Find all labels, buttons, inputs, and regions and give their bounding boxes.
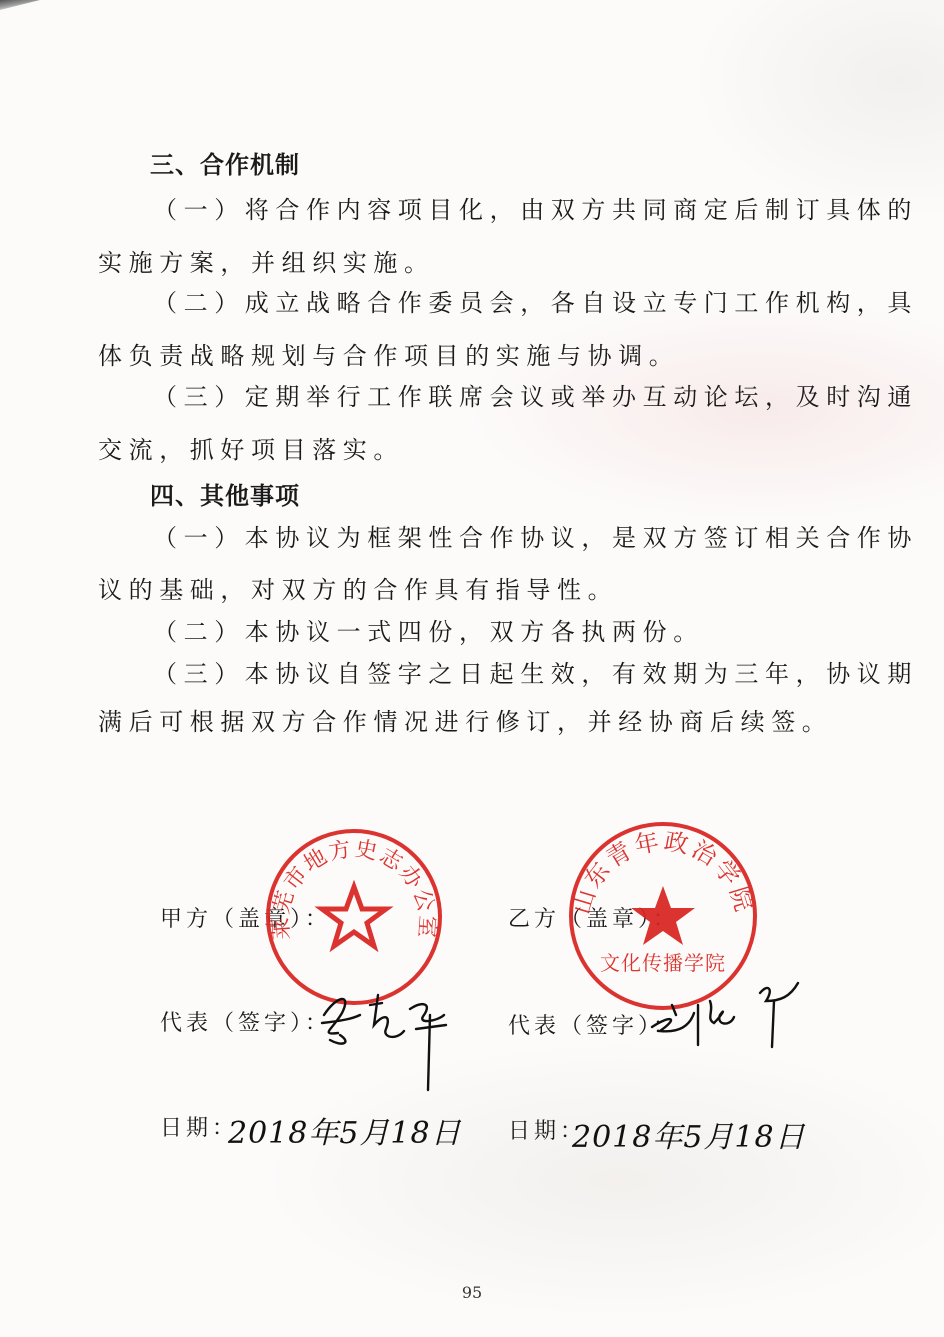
section-heading-other-matters: 四、其他事项	[150, 481, 300, 511]
section-heading-cooperation-mechanism: 三、合作机制	[150, 150, 300, 180]
scan-corner-shadow	[0, 0, 40, 10]
party-a-representative-label: 代表（签字）：	[160, 1010, 331, 1038]
party-b-seal-inner-text: 文化传播学院	[600, 951, 726, 975]
paragraph-line: 体负责战略规划与合作项目的实施与协调。	[98, 341, 679, 371]
party-a-official-seal: 莱芜市地方史志办公室	[262, 825, 446, 1009]
paragraph-line: （二）成立战略合作委员会，各自设立专门工作机构，具	[153, 288, 918, 318]
paragraph-line: （三）本协议自签字之日起生效，有效期为三年，协议期	[153, 659, 918, 689]
paragraph-line: （一）本协议为框架性合作协议，是双方签订相关合作协	[153, 523, 918, 553]
paragraph-line: 议的基础，对双方的合作具有指导性。	[98, 575, 618, 605]
paragraph-line: 交流，抓好项目落实。	[98, 435, 404, 465]
paragraph-line: 满后可根据双方合作情况进行修订，并经协商后续签。	[98, 707, 832, 737]
paragraph-line: （二）本协议一式四份，双方各执两份。	[153, 617, 704, 647]
party-b-handwritten-signature	[650, 975, 810, 1075]
star-icon	[631, 886, 695, 945]
paragraph-line: 实施方案，并组织实施。	[98, 248, 435, 278]
party-a-handwritten-signature	[312, 985, 462, 1095]
star-icon	[322, 887, 386, 946]
paragraph-line: （一）将合作内容项目化，由双方共同商定后制订具体的	[153, 195, 918, 225]
party-a-date-label: 日期：	[160, 1115, 238, 1143]
paragraph-line: （三）定期举行工作联席会议或举办互动论坛，及时沟通	[153, 382, 918, 412]
party-b-handwritten-date: 2018年5月18日	[572, 1112, 806, 1156]
page-number: 95	[0, 1283, 944, 1302]
party-a-handwritten-date: 2018年5月18日	[228, 1108, 462, 1152]
